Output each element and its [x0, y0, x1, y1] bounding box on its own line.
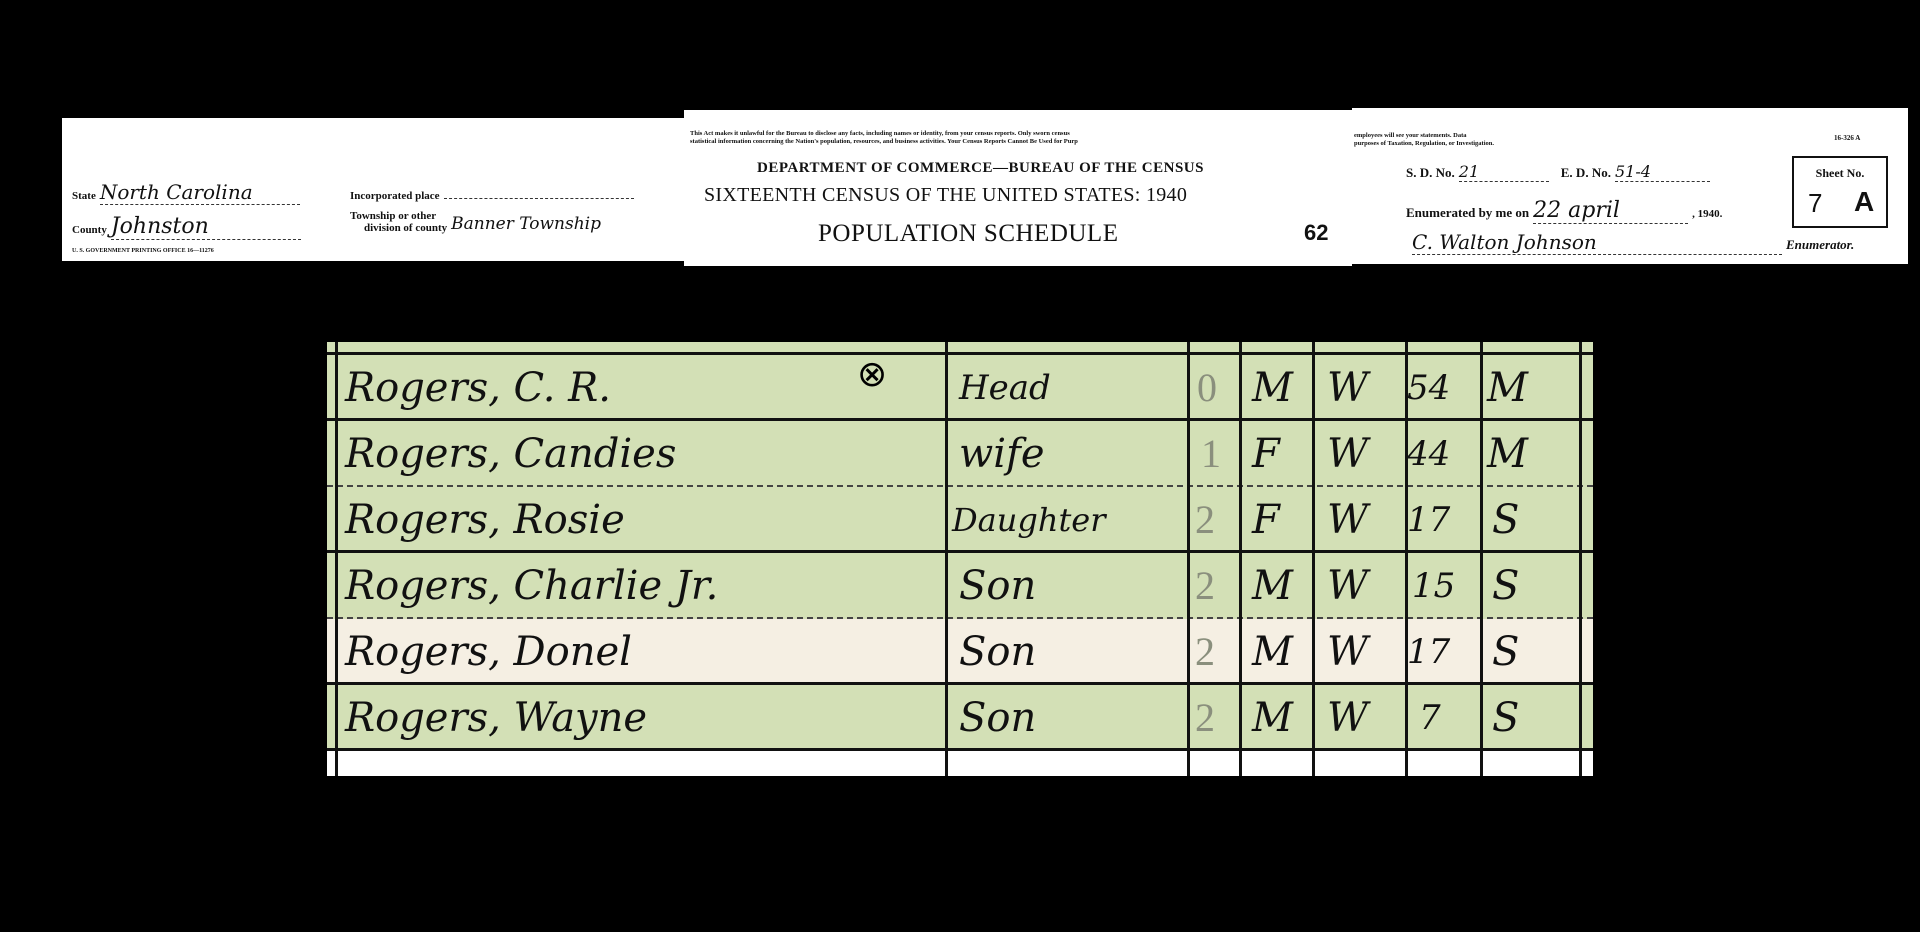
- marital-cell: S: [1492, 495, 1519, 545]
- notice-line-1: This Act makes it unlawful for the Burea…: [690, 130, 1078, 138]
- census-title: SIXTEENTH CENSUS OF THE UNITED STATES: 1…: [704, 184, 1187, 207]
- state-value: North Carolina: [100, 180, 300, 205]
- notice-line-1: employees will see your statements. Data: [1354, 132, 1494, 140]
- sd-ed-field: S. D. No. 21 E. D. No. 51-4: [1406, 162, 1710, 182]
- column-rule: [1480, 342, 1483, 776]
- department-title: DEPARTMENT OF COMMERCE—BUREAU OF THE CEN…: [757, 160, 1204, 177]
- sex-cell: M: [1252, 363, 1293, 413]
- sex-cell: M: [1252, 693, 1293, 743]
- enumerator-label: Enumerator.: [1786, 237, 1854, 252]
- notice-line-2: statistical information concerning the N…: [690, 138, 1078, 146]
- incorporated-value: [444, 188, 634, 199]
- sheet-label: Sheet No.: [1794, 166, 1886, 181]
- race-cell: W: [1327, 561, 1368, 611]
- enumerator-value: C. Walton Johnson: [1412, 230, 1782, 255]
- header-left-panel: State North Carolina County Johnston U. …: [62, 118, 684, 261]
- table-row: Rogers, Rosie Daughter 2 F W 17 S: [327, 487, 1593, 553]
- code-cell: 1: [1201, 429, 1221, 479]
- header-right-panel: employees will see your statements. Data…: [1352, 108, 1908, 264]
- ed-value: 51-4: [1615, 162, 1710, 182]
- enumerated-value: 22 april: [1533, 198, 1688, 224]
- age-cell: 17: [1407, 495, 1450, 545]
- print-office: U. S. GOVERNMENT PRINTING OFFICE 16—1127…: [72, 248, 214, 254]
- schedule-title: POPULATION SCHEDULE: [818, 220, 1118, 248]
- age-cell: 7: [1419, 693, 1441, 743]
- ed-label: E. D. No.: [1561, 165, 1611, 180]
- table-row-highlighted: Rogers, Donel Son 2 M W 17 S: [327, 619, 1593, 685]
- population-table: Rogers, C. R. ⊗ Head 0 M W 54 M Rogers, …: [327, 342, 1593, 776]
- marital-cell: S: [1492, 693, 1519, 743]
- notice-line-2: purposes of Taxation, Regulation, or Inv…: [1354, 140, 1494, 148]
- township-value: Banner Township: [451, 214, 601, 234]
- column-rule: [1187, 342, 1190, 776]
- sex-cell: F: [1252, 495, 1280, 545]
- name-cell: Rogers, C. R.: [345, 363, 611, 413]
- sex-cell: M: [1252, 627, 1293, 677]
- table-next-row-blank: [327, 751, 1593, 776]
- county-field: County Johnston: [72, 214, 312, 240]
- race-cell: W: [1327, 693, 1368, 743]
- name-cell: Rogers, Donel: [345, 627, 632, 677]
- page-stamp: 62: [1304, 220, 1328, 246]
- header-center-panel: This Act makes it unlawful for the Burea…: [684, 110, 1352, 266]
- name-cell: Rogers, Candies: [345, 429, 676, 479]
- marital-cell: S: [1492, 627, 1519, 677]
- relation-cell: Daughter: [952, 495, 1106, 545]
- race-cell: W: [1327, 627, 1368, 677]
- table-row: Rogers, Wayne Son 2 M W 7 S: [327, 685, 1593, 751]
- relation-cell: Head: [959, 363, 1051, 413]
- code-cell: 2: [1195, 693, 1215, 743]
- sex-cell: F: [1252, 429, 1280, 479]
- code-cell: 2: [1195, 627, 1215, 677]
- code-cell: 0: [1197, 363, 1217, 413]
- code-cell: 2: [1195, 561, 1215, 611]
- marital-cell: M: [1487, 363, 1528, 413]
- name-cell: Rogers, Rosie: [345, 495, 625, 545]
- column-rule: [1239, 342, 1242, 776]
- marital-cell: S: [1492, 561, 1519, 611]
- name-cell: Rogers, Wayne: [345, 693, 647, 743]
- sex-cell: M: [1252, 561, 1293, 611]
- marital-cell: M: [1487, 429, 1528, 479]
- incorporated-field: Incorporated place: [350, 186, 680, 204]
- sheet-side: A: [1854, 186, 1874, 218]
- age-cell: 17: [1407, 627, 1450, 677]
- column-rule: [1312, 342, 1315, 776]
- relation-cell: Son: [959, 627, 1036, 677]
- table-top-rule: [327, 342, 1593, 355]
- state-label: State: [72, 190, 96, 202]
- sd-value: 21: [1459, 162, 1549, 182]
- relation-cell: Son: [959, 693, 1036, 743]
- table-row: Rogers, Candies wife 1 F W 44 M: [327, 421, 1593, 487]
- table-row: Rogers, C. R. ⊗ Head 0 M W 54 M: [327, 355, 1593, 421]
- sheet-number: 7: [1808, 188, 1822, 219]
- confidentiality-notice-continued: employees will see your statements. Data…: [1354, 132, 1494, 148]
- head-mark-icon: ⊗: [857, 349, 887, 399]
- age-cell: 15: [1412, 561, 1455, 611]
- table-row: Rogers, Charlie Jr. Son 2 M W 15 S: [327, 553, 1593, 619]
- enumerated-label: Enumerated by me on: [1406, 205, 1529, 220]
- relation-cell: Son: [959, 561, 1036, 611]
- column-rule: [945, 342, 948, 776]
- county-value: Johnston: [111, 214, 301, 240]
- race-cell: W: [1327, 495, 1368, 545]
- code-cell: 2: [1195, 495, 1215, 545]
- race-cell: W: [1327, 429, 1368, 479]
- column-rule: [1579, 342, 1582, 776]
- state-field: State North Carolina: [72, 180, 312, 205]
- sd-label: S. D. No.: [1406, 165, 1455, 180]
- age-cell: 44: [1407, 429, 1450, 479]
- sheet-number-box: Sheet No. 7 A: [1792, 156, 1888, 228]
- relation-cell: wife: [959, 429, 1045, 479]
- column-rule: [335, 342, 338, 776]
- enumerated-year: , 1940.: [1692, 208, 1722, 220]
- county-label: County: [72, 224, 107, 236]
- enumerated-date-field: Enumerated by me on 22 april , 1940.: [1406, 198, 1722, 224]
- incorporated-label: Incorporated place: [350, 190, 440, 202]
- column-rule: [1405, 342, 1408, 776]
- township-label-2: division of county: [350, 222, 447, 234]
- race-cell: W: [1327, 363, 1368, 413]
- confidentiality-notice: This Act makes it unlawful for the Burea…: [690, 130, 1078, 146]
- form-number: 16-326 A: [1834, 134, 1860, 142]
- township-field: Township or other division of county Ban…: [350, 210, 680, 234]
- name-cell: Rogers, Charlie Jr.: [345, 561, 718, 611]
- age-cell: 54: [1407, 363, 1450, 413]
- enumerator-field: C. Walton Johnson Enumerator.: [1412, 230, 1854, 255]
